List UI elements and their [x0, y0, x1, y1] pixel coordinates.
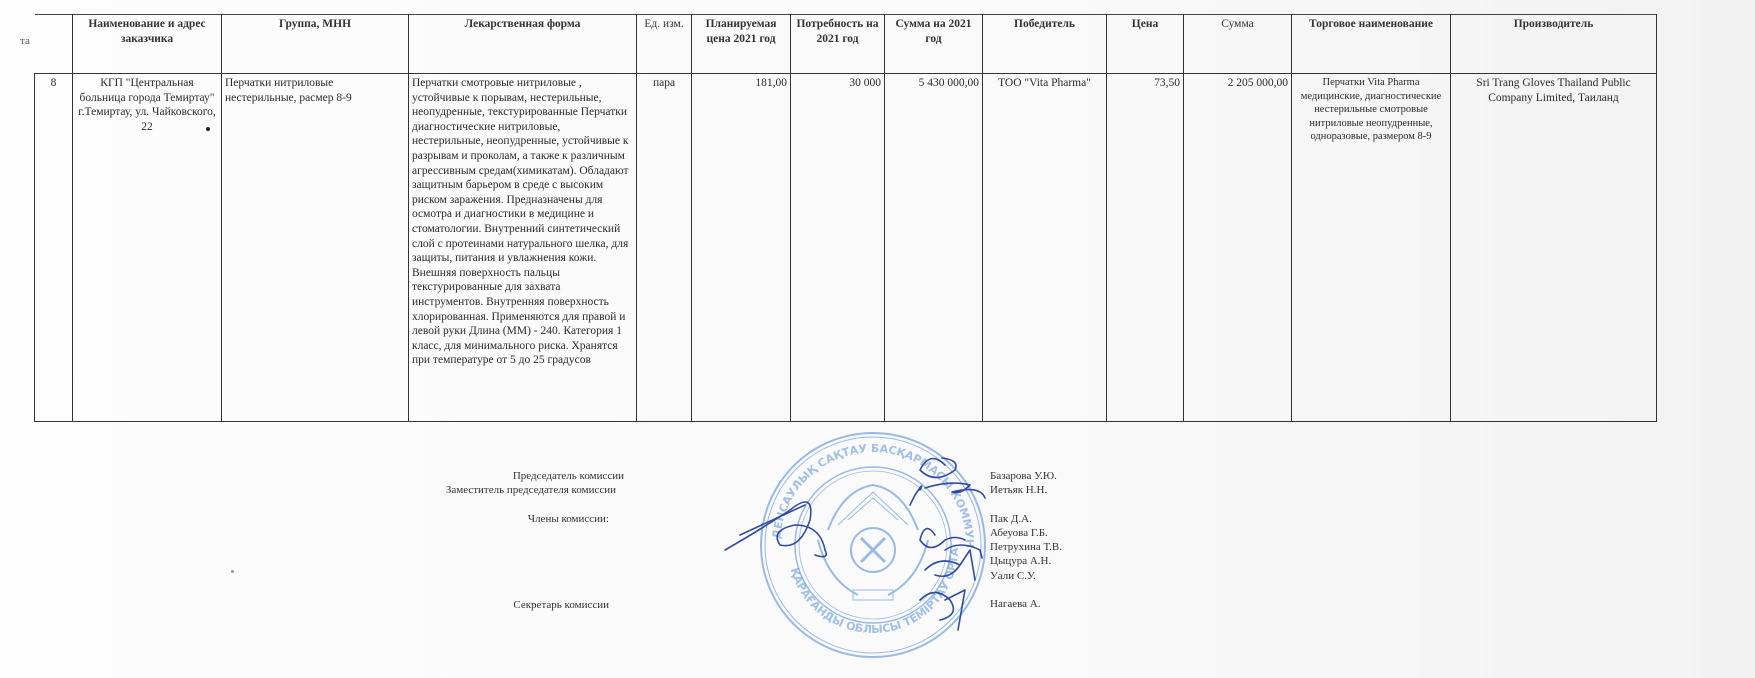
name-secretary: Нагаева А.	[990, 597, 1062, 611]
role-chair: Председатель комиссии	[513, 470, 624, 482]
scan-speck	[231, 570, 234, 573]
header-sum: Сумма	[1184, 15, 1292, 74]
name-member: Пак Д.А.	[990, 512, 1062, 526]
cell-customer: КГП "Центральная больница города Темирта…	[73, 74, 222, 422]
commission-roles: Председатель комиссии Заместитель предсе…	[380, 470, 624, 610]
cell-unit: пара	[637, 74, 692, 422]
scan-speck	[206, 127, 210, 131]
role-secretary: Секретарь комиссии	[513, 599, 609, 611]
cell-manufacturer: Sri Trang Gloves Thailand Public Company…	[1451, 74, 1657, 422]
header-winner: Победитель	[983, 15, 1107, 74]
header-demand: Потребность на 2021 год	[791, 15, 885, 74]
cell-group-inn: Перчатки нитриловые нестерильные, расмер…	[222, 74, 409, 422]
cell-number: 8	[35, 74, 73, 422]
name-deputy: Иетьяк Н.Н.	[990, 483, 1062, 497]
row-number-header-stub: та	[20, 35, 30, 47]
name-member: Петрухина Т.В.	[990, 540, 1062, 554]
name-member: Цыцура А.Н.	[990, 554, 1062, 568]
header-planned-sum: Сумма на 2021 год	[885, 15, 983, 74]
name-member: Уали С.У.	[990, 569, 1062, 583]
header-price: Цена	[1107, 15, 1184, 74]
cell-winner: ТОО "Vita Pharma"	[983, 74, 1107, 422]
cell-trade-name: Перчатки Vita Pharma медицинские, диагно…	[1292, 74, 1451, 422]
table-header-row: Наименование и адрес заказчика Группа, М…	[35, 15, 1657, 74]
cell-planned-price: 181,00	[692, 74, 791, 422]
handwritten-signatures-icon	[720, 440, 1000, 640]
header-trade-name: Торговое наименование	[1292, 15, 1451, 74]
procurement-table: Наименование и адрес заказчика Группа, М…	[34, 14, 1657, 422]
header-customer: Наименование и адрес заказчика	[73, 15, 222, 74]
header-dosage-form: Лекарственная форма	[409, 15, 637, 74]
commission-names: Базарова У.Ю. Иетьяк Н.Н. Пак Д.А. Абеуо…	[990, 469, 1062, 611]
name-chair: Базарова У.Ю.	[990, 469, 1062, 483]
name-member: Абеуова Г.Б.	[990, 526, 1062, 540]
table-row: 8 КГП "Центральная больница города Темир…	[35, 74, 1657, 422]
cell-price: 73,50	[1107, 74, 1184, 422]
header-unit: Ед. изм.	[637, 15, 692, 74]
header-number	[35, 15, 73, 74]
cell-demand: 30 000	[791, 74, 885, 422]
role-members: Члены комиссии:	[528, 513, 609, 525]
cell-planned-sum: 5 430 000,00	[885, 74, 983, 422]
cell-sum: 2 205 000,00	[1184, 74, 1292, 422]
header-planned-price: Планируемая цена 2021 год	[692, 15, 791, 74]
header-manufacturer: Производитель	[1451, 15, 1657, 74]
cell-dosage-form: Перчатки смотровые нитриловые , устойчив…	[409, 74, 637, 422]
scanned-page: та Наименование и адрес заказчика Группа…	[0, 0, 1755, 678]
header-group-inn: Группа, МНН	[222, 15, 409, 74]
role-deputy: Заместитель председателя комиссии	[446, 484, 616, 496]
